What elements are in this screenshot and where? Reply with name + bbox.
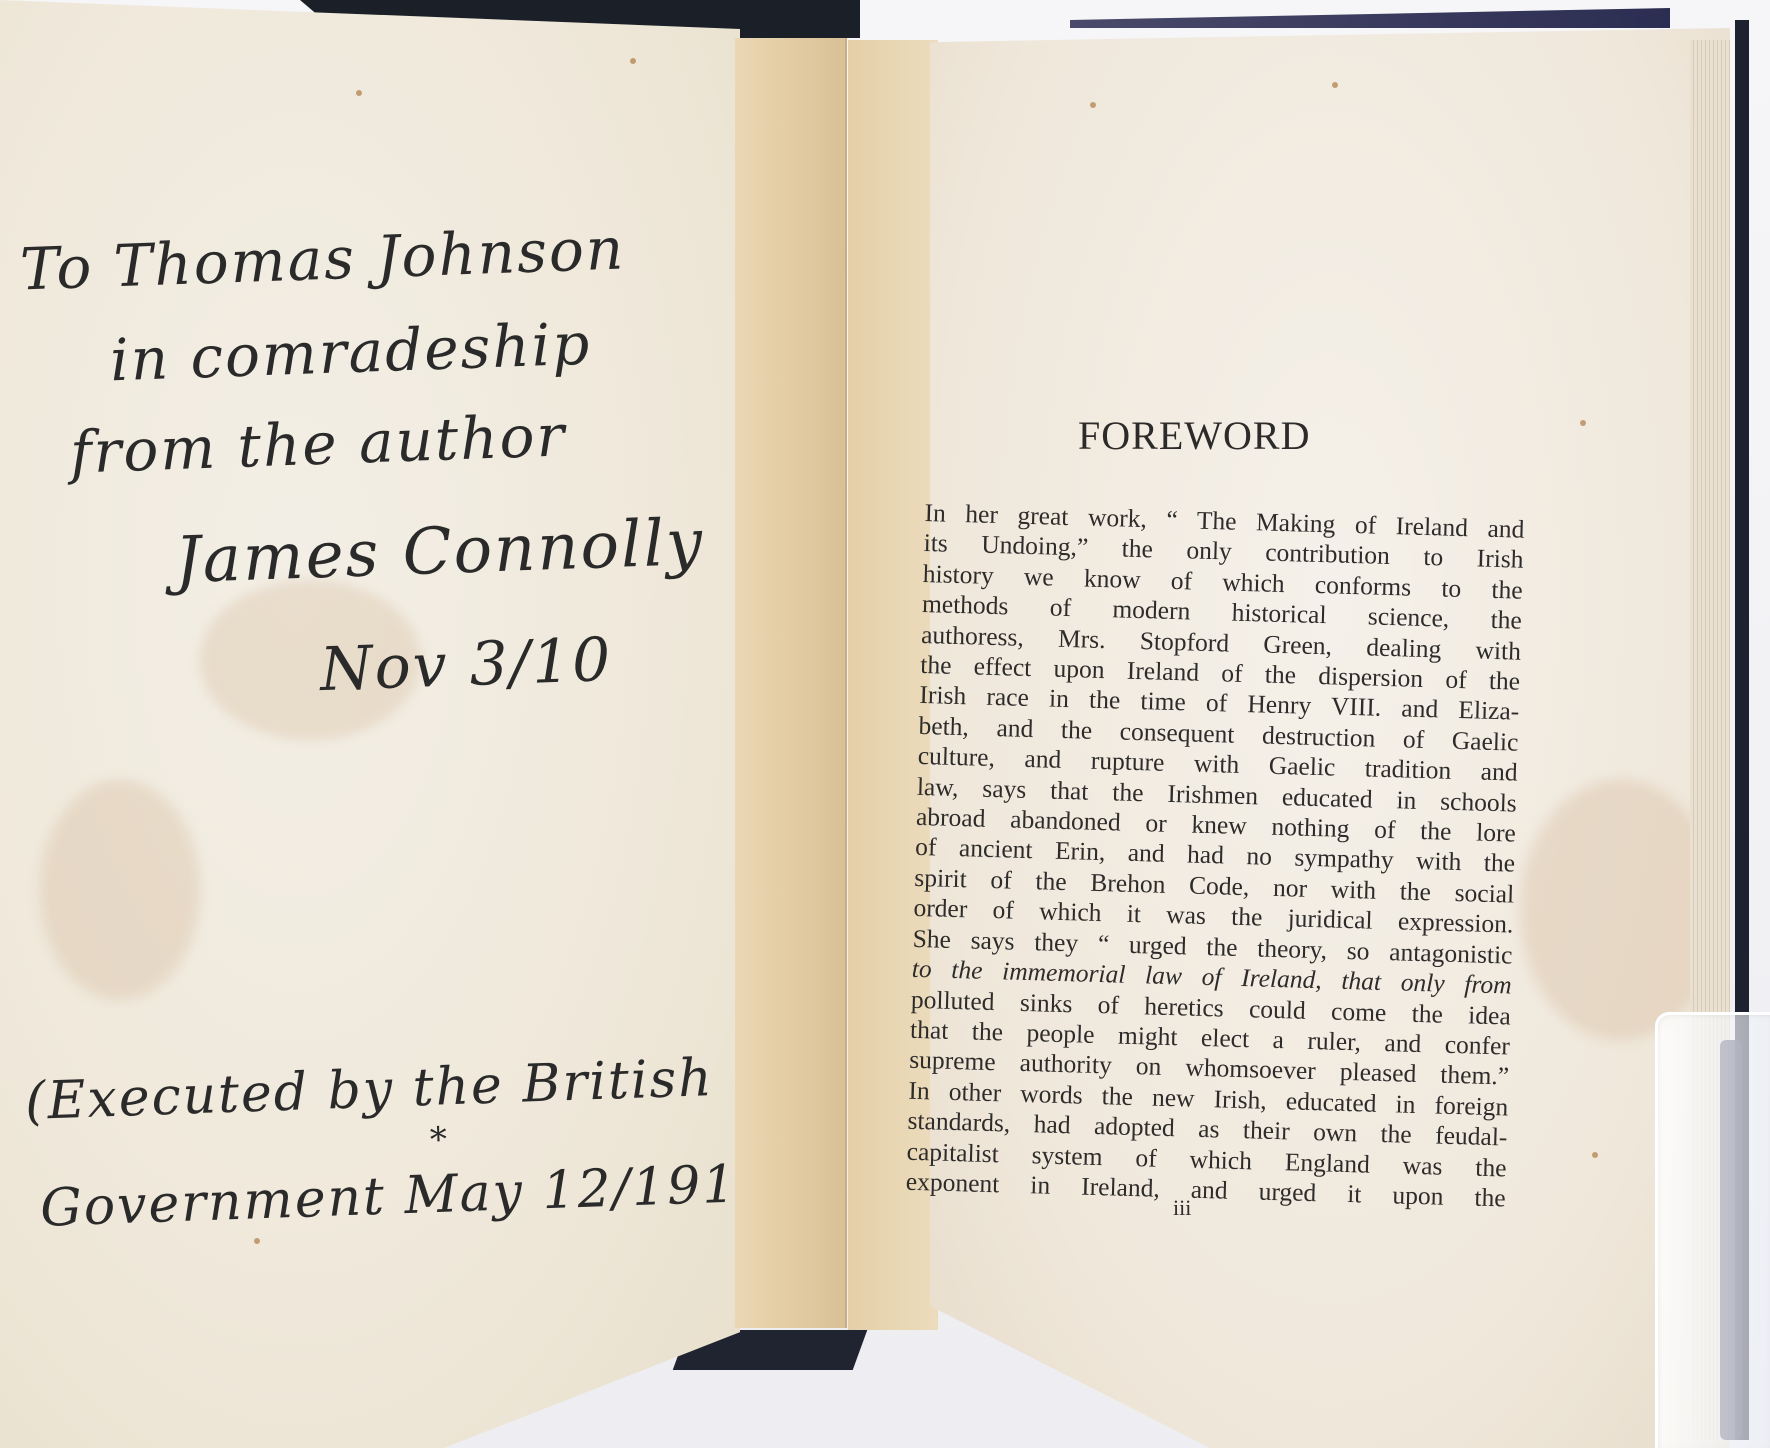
foxing-spot xyxy=(630,58,636,64)
annotation-asterisk: * xyxy=(429,1120,449,1161)
foreword-body: In her great work, “ The Making of Irela… xyxy=(905,498,1524,1214)
foreword-heading: FOREWORD xyxy=(1078,412,1310,459)
acrylic-book-stand xyxy=(1655,1012,1770,1448)
inscription-date: Nov 3/10 xyxy=(319,625,614,705)
foxing-spot xyxy=(1090,102,1096,108)
foxing-spot xyxy=(254,1238,260,1244)
page-number: iii xyxy=(1173,1195,1191,1221)
foxing-spot xyxy=(1580,420,1586,426)
foxing-spot xyxy=(1592,1152,1598,1158)
book-photo: To Thomas Johnson in comradeship from th… xyxy=(0,0,1770,1448)
paper-stain xyxy=(40,780,200,1000)
hinge-stub-left xyxy=(735,38,847,1328)
foxing-spot xyxy=(356,90,362,96)
foxing-spot xyxy=(1332,82,1338,88)
